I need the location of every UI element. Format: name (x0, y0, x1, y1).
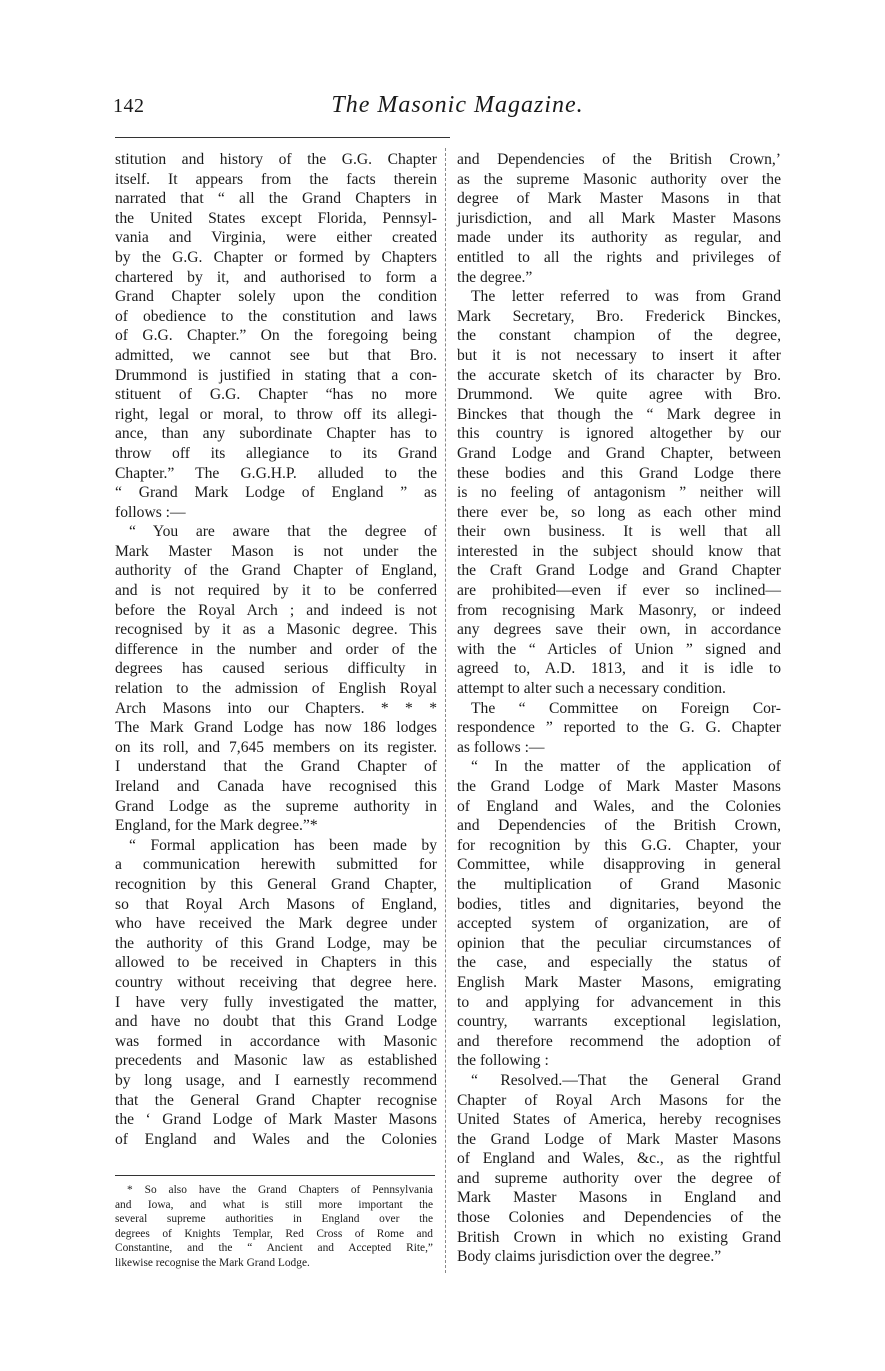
text-line: chartered by it, and authorised to form … (115, 268, 437, 288)
text-line: and have no doubt that this Grand Lodge (115, 1012, 437, 1032)
text-line: entitled to all the rights and privilege… (457, 248, 781, 268)
text-line: and is not required by it to be conferre… (115, 581, 437, 601)
text-line: the United States except Florida, Pennsy… (115, 209, 437, 229)
text-line: are prohibited—even if ever so inclined— (457, 581, 781, 601)
text-line: with the “ Articles of Union ” signed an… (457, 640, 781, 660)
text-line: the case, and especially the status of (457, 953, 781, 973)
text-line: Grand Lodge as the supreme authority in (115, 797, 437, 817)
text-line: United States of America, hereby recogni… (457, 1110, 781, 1130)
text-line: and Dependencies of the British Crown,’ (457, 150, 781, 170)
text-line: allowed to be received in Chapters in th… (115, 953, 437, 973)
text-line: the degree.” (457, 268, 781, 288)
text-line: these bodies and this Grand Lodge there (457, 464, 781, 484)
text-line: I have very fully investigated the matte… (115, 993, 437, 1013)
text-line: of G.G. Chapter.” On the foregoing being (115, 326, 437, 346)
text-line: was formed in accordance with Masonic (115, 1032, 437, 1052)
text-line: throw off its allegiance to its Grand (115, 444, 437, 464)
text-line: itself. It appears from the facts therei… (115, 170, 437, 190)
text-line: stitution and history of the G.G. Chapte… (115, 150, 437, 170)
text-line: and supreme authority over the degree of (457, 1169, 781, 1189)
text-line: admitted, we cannot see but that Bro. (115, 346, 437, 366)
right-column: and Dependencies of the British Crown,’a… (457, 150, 781, 1267)
text-line: “ Resolved.—That the General Grand (457, 1071, 781, 1091)
text-line: by the G.G. Chapter or formed by Chapter… (115, 248, 437, 268)
text-line: the accurate sketch of its character by … (457, 366, 781, 386)
text-line: narrated that “ all the Grand Chapters i… (115, 189, 437, 209)
text-line: the Grand Lodge of Mark Master Masons (457, 1130, 781, 1150)
text-line: as the supreme Masonic authority over th… (457, 170, 781, 190)
text-line: the constant champion of the degree, (457, 326, 781, 346)
text-line: Constantine, and the “ Ancient and Accep… (115, 1241, 433, 1256)
text-line: this country is ignored altogether by ou… (457, 424, 781, 444)
text-line: The letter referred to was from Grand (457, 287, 781, 307)
text-line: those Colonies and Dependencies of the (457, 1208, 781, 1228)
text-line: respondence ” reported to the G. G. Chap… (457, 718, 781, 738)
text-line: the Craft Grand Lodge and Grand Chapter (457, 561, 781, 581)
text-line: the following : (457, 1051, 781, 1071)
text-line: interested in the subject should know th… (457, 542, 781, 562)
text-line: degree of Mark Master Masons in that (457, 189, 781, 209)
text-line: * So also have the Grand Chapters of Pen… (115, 1183, 433, 1198)
text-line: ance, than any subordinate Chapter has t… (115, 424, 437, 444)
text-line: who have received the Mark degree under (115, 914, 437, 934)
text-line: on its roll, and 7,645 members on its re… (115, 738, 437, 758)
text-line: Ireland and Canada have recognised this (115, 777, 437, 797)
text-line: country without receiving that degree he… (115, 973, 437, 993)
text-line: to and applying for advancement in this (457, 993, 781, 1013)
text-line: any degrees save their own, in accordanc… (457, 620, 781, 640)
text-line: precedents and Masonic law as establishe… (115, 1051, 437, 1071)
header-rule (115, 137, 450, 138)
text-line: of obedience to the constitution and law… (115, 307, 437, 327)
text-line: Binckes that though the “ Mark degree in (457, 405, 781, 425)
text-line: Grand Lodge and Grand Chapter, between (457, 444, 781, 464)
text-line: right, legal or moral, to throw off its … (115, 405, 437, 425)
text-line: their own business. It is well that all (457, 522, 781, 542)
text-line: but it is not necessary to insert it aft… (457, 346, 781, 366)
text-line: degrees of Knights Templar, Red Cross of… (115, 1227, 433, 1242)
text-line: Drummond is justified in stating that a … (115, 366, 437, 386)
column-divider (445, 148, 446, 1273)
text-line: so that Royal Arch Masons of England, (115, 895, 437, 915)
text-line: Chapter.” The G.G.H.P. alluded to the (115, 464, 437, 484)
text-line: I understand that the Grand Chapter of (115, 757, 437, 777)
text-line: “ Grand Mark Lodge of England ” as (115, 483, 437, 503)
text-line: stituent of G.G. Chapter “has no more (115, 385, 437, 405)
text-line: before the Royal Arch ; and indeed is no… (115, 601, 437, 621)
text-line: the Grand Lodge of Mark Master Masons (457, 777, 781, 797)
text-line: is no feeling of antagonism ” neither wi… (457, 483, 781, 503)
text-line: that the General Grand Chapter recognise (115, 1091, 437, 1111)
text-line: of England and Wales, &c., as the rightf… (457, 1149, 781, 1169)
text-line: vania and Virginia, were either created (115, 228, 437, 248)
footnote-rule (115, 1175, 435, 1176)
text-line: and Dependencies of the British Crown, (457, 816, 781, 836)
text-line: the authority of this Grand Lodge, may b… (115, 934, 437, 954)
text-line: Chapter of Royal Arch Masons for the (457, 1091, 781, 1111)
text-line: of England and Wales and the Colonies (115, 1130, 437, 1150)
text-line: recognition by this General Grand Chapte… (115, 875, 437, 895)
text-line: the multiplication of Grand Masonic (457, 875, 781, 895)
text-line: difference in the number and order of th… (115, 640, 437, 660)
text-line: “ Formal application has been made by (115, 836, 437, 856)
text-line: “ In the matter of the application of (457, 757, 781, 777)
text-line: attempt to alter such a necessary condit… (457, 679, 781, 699)
text-line: authority of the Grand Chapter of Englan… (115, 561, 437, 581)
text-line: Drummond. We quite agree with Bro. (457, 385, 781, 405)
text-line: agreed to, A.D. 1813, and it is idle to (457, 659, 781, 679)
text-line: there ever be, so long as each other min… (457, 503, 781, 523)
left-column: stitution and history of the G.G. Chapte… (115, 150, 437, 1149)
text-line: Arch Masons into our Chapters. * * * (115, 699, 437, 719)
text-line: the ‘ Grand Lodge of Mark Master Masons (115, 1110, 437, 1130)
text-line: of England and Wales, and the Colonies (457, 797, 781, 817)
text-line: The Mark Grand Lodge has now 186 lodges (115, 718, 437, 738)
text-line: a communication herewith submitted for (115, 855, 437, 875)
text-line: Body claims jurisdiction over the degree… (457, 1247, 781, 1267)
text-line: degrees has caused serious difficulty in (115, 659, 437, 679)
footnote: * So also have the Grand Chapters of Pen… (115, 1183, 433, 1271)
text-line: English Mark Master Masons, emigrating (457, 973, 781, 993)
text-line: England, for the Mark degree.”* (115, 816, 437, 836)
text-line: Mark Master Mason is not under the (115, 542, 437, 562)
text-line: by long usage, and I earnestly recommend (115, 1071, 437, 1091)
text-line: for recognition by this G.G. Chapter, yo… (457, 836, 781, 856)
text-line: made under its authority as regular, and (457, 228, 781, 248)
running-title: The Masonic Magazine. (0, 92, 885, 119)
text-line: Grand Chapter solely upon the condition (115, 287, 437, 307)
text-line: accepted system of organization, are of (457, 914, 781, 934)
text-line: bodies, titles and dignitaries, beyond t… (457, 895, 781, 915)
text-line: jurisdiction, and all Mark Master Masons (457, 209, 781, 229)
text-line: British Crown in which no existing Grand (457, 1228, 781, 1248)
text-line: recognised by it as a Masonic degree. Th… (115, 620, 437, 640)
text-line: Mark Master Masons in England and (457, 1188, 781, 1208)
text-line: likewise recognise the Mark Grand Lodge. (115, 1256, 433, 1271)
text-line: as follows :— (457, 738, 781, 758)
text-line: and therefore recommend the adoption of (457, 1032, 781, 1052)
text-line: “ You are aware that the degree of (115, 522, 437, 542)
text-line: country, warrants exceptional legislatio… (457, 1012, 781, 1032)
text-line: several supreme authorities in England o… (115, 1212, 433, 1227)
text-line: from recognising Mark Masonry, or indeed (457, 601, 781, 621)
text-line: The “ Committee on Foreign Cor- (457, 699, 781, 719)
text-line: relation to the admission of English Roy… (115, 679, 437, 699)
text-line: Mark Secretary, Bro. Frederick Binckes, (457, 307, 781, 327)
text-line: follows :— (115, 503, 437, 523)
text-line: Committee, while disapproving in general (457, 855, 781, 875)
text-line: opinion that the peculiar circumstances … (457, 934, 781, 954)
text-line: and Iowa, and what is still more importa… (115, 1198, 433, 1213)
